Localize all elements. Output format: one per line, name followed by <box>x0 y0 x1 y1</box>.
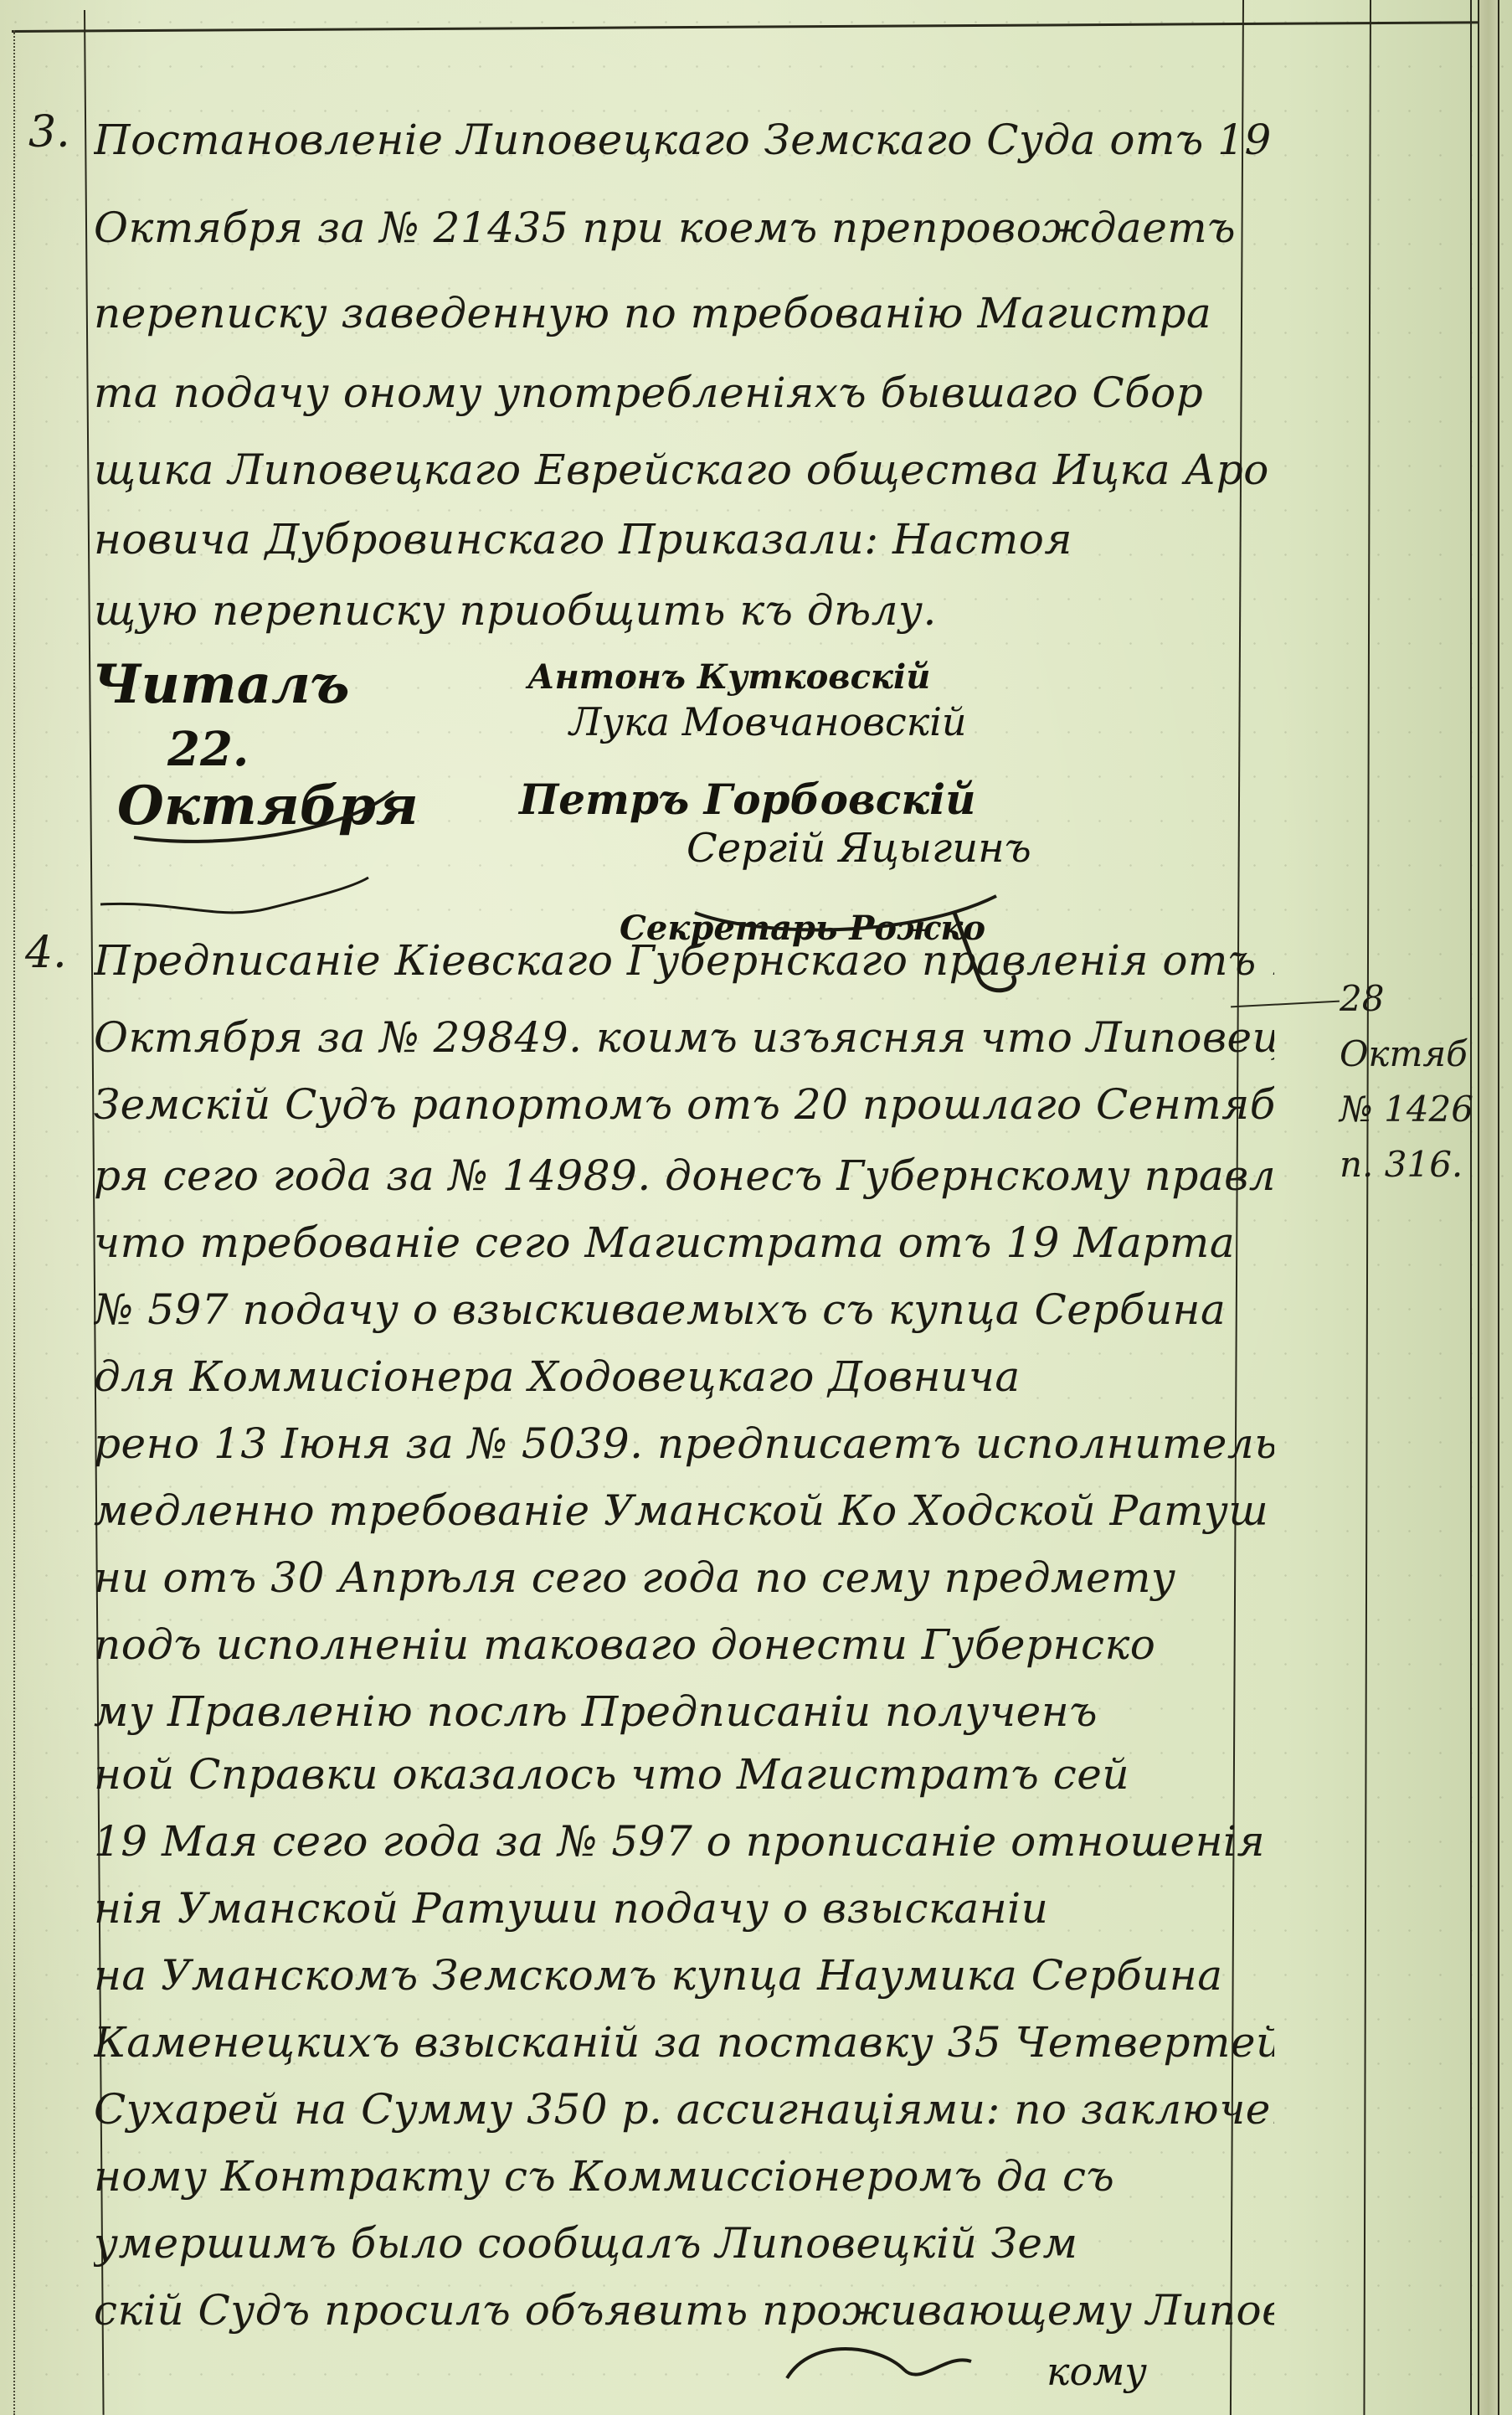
margin-note: 28 Октяб № 1426 п. 316. <box>1340 971 1512 1192</box>
entry-number: 4. <box>25 928 67 978</box>
entry-line: нія Уманской Ратуши подачу о взысканіи <box>94 1884 1274 1933</box>
entry-line: ни отъ 30 Апрѣля сего года по сему предм… <box>94 1553 1274 1602</box>
notes-column-rule-far <box>1470 0 1472 2415</box>
entry-line: щика Липовецкаго Еврейскаго общества Ицк… <box>94 445 1274 494</box>
resolution-underline-flourish <box>126 787 410 854</box>
entry-line: умершимъ было сообщалъ Липовецкій Зем <box>94 2219 1274 2268</box>
entry-line: та подачу оному употребленіяхъ бывшаго С… <box>94 368 1274 417</box>
resolution-day: 22. <box>167 722 249 777</box>
entry-line: для Коммисіонера Ходовецкаго Довнича <box>94 1352 1274 1401</box>
entry-line: му Правленію послѣ Предписаніи полученъ <box>94 1687 1274 1736</box>
margin-note-number: № 1426 <box>1340 1082 1512 1137</box>
entry-line: Октября за № 29849. коимъ изъясняя что Л… <box>94 1013 1274 1062</box>
entry-line: Каменецкихъ взысканій за поставку 35 Чет… <box>94 2018 1274 2067</box>
entry-line: переписку заведенную по требованію Магис… <box>94 289 1274 337</box>
entry-line: 19 Мая сего года за № 597 о прописаніе о… <box>94 1817 1274 1866</box>
entry-line: Сухарей на Сумму 350 р. ассигнаціями: по… <box>94 2085 1274 2134</box>
entry-line: щую переписку приобщить къ дѣлу. <box>94 586 1274 635</box>
margin-note-page: п. 316. <box>1340 1137 1512 1192</box>
entry-line: ному Контракту съ Коммиссіонеромъ да съ <box>94 2152 1274 2201</box>
binding-edge <box>1478 0 1499 2415</box>
entry-line: подъ исполненіи таковаго донести Губернс… <box>94 1620 1274 1669</box>
entry-line: Октября за № 21435 при коемъ препровожда… <box>94 203 1274 252</box>
closing-word: кому <box>1047 2349 1147 2394</box>
closing-flourish <box>779 2320 996 2412</box>
entry-line: ной Справки оказалось что Магистратъ сей <box>94 1750 1274 1799</box>
signature: Антонъ Кутковскій <box>527 657 930 697</box>
entry-line: новича Дубровинскаго Приказали: Настоя <box>94 515 1274 564</box>
signature: Петръ Горбовскій <box>519 775 975 824</box>
entry-line: Земскій Судъ рапортомъ отъ 20 прошлаго С… <box>94 1080 1274 1129</box>
entry-line: рено 13 Іюня за № 5039. предписаетъ испо… <box>94 1419 1274 1468</box>
entry-line: медленно требованіе Уманской Ко Ходской … <box>94 1486 1274 1535</box>
entry-heading-flourish <box>50 871 385 938</box>
resolution-read: Читалъ <box>92 653 350 716</box>
margin-note-date: 28 Октяб <box>1340 971 1512 1082</box>
signature: Сергій Яцыгинъ <box>687 825 1031 872</box>
entry-number: 3. <box>28 107 70 157</box>
entry-line: ря сего года за № 14989. донесъ Губернск… <box>94 1151 1274 1200</box>
entry-line: на Уманскомъ Земскомъ купца Наумика Серб… <box>94 1951 1274 2000</box>
entry-line: Предписаніе Кіевскаго Губернскаго правле… <box>94 936 1274 985</box>
entry-line: Постановленіе Липовецкаго Земскаго Суда … <box>94 116 1274 164</box>
entry-line: № 597 подачу о взыскиваемыхъ съ купца Се… <box>94 1285 1274 1334</box>
entry-line: что требованіе сего Магистрата отъ 19 Ма… <box>94 1218 1274 1267</box>
outer-margin-rule <box>13 30 15 2415</box>
entry-line: скій Судъ просилъ объявить проживающему … <box>94 2286 1274 2335</box>
signature: Лука Мовчановскій <box>569 699 967 744</box>
